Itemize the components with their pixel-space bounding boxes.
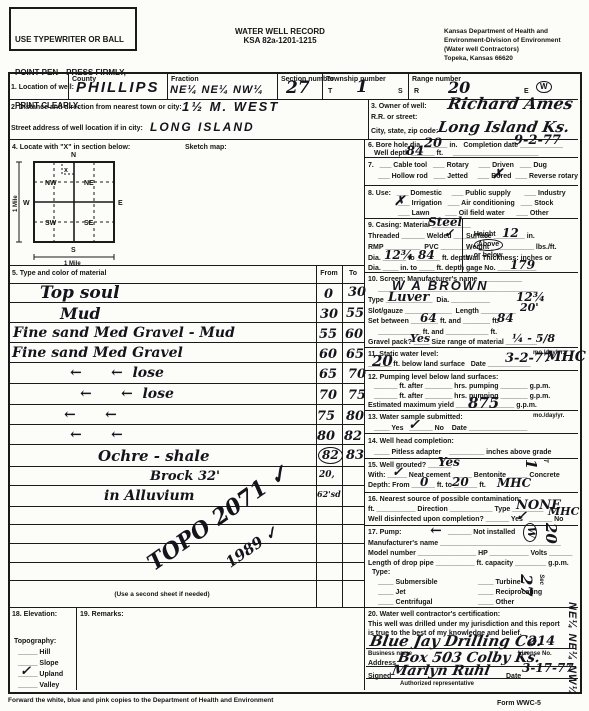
agency-line: (Water well Contractors)	[444, 45, 561, 54]
street-label: Street address of well location if in ci…	[11, 124, 143, 133]
line	[8, 404, 364, 405]
line	[8, 265, 364, 266]
q16-line1: 16. Nearest source of possible contamina…	[368, 495, 521, 504]
max-yield-value: 875	[468, 394, 499, 412]
screen-type-value: Luver	[388, 290, 429, 305]
q20-text1: This well was drilled under my jurisdict…	[368, 620, 560, 629]
grouted-value: Yes	[438, 455, 460, 469]
topography-label: Topography:	[14, 637, 56, 646]
instruction-line: USE TYPEWRITER OR BALL	[15, 34, 135, 45]
gravel-size-value: ¼ - 5/8	[512, 332, 555, 345]
township-s: S	[398, 87, 403, 96]
margin-range: 20 W	[505, 502, 578, 544]
q3-label: 3. Owner of well:	[371, 102, 427, 111]
license-value: 214	[528, 634, 555, 649]
table-row: ← ← lose	[80, 386, 174, 402]
agency-line: Kansas Department of Health and	[444, 27, 561, 36]
sketch-map-label: Sketch map:	[185, 143, 227, 152]
q20-label: 20. Water well contractor's certificatio…	[368, 610, 500, 619]
q9-line3b: Weight ___________ lbs./ft.	[466, 243, 557, 252]
q12-line3: ______ ft. after _______ hrs. pumping __…	[374, 392, 550, 401]
margin-sec-label: Sec	[538, 574, 544, 585]
line	[8, 580, 364, 581]
instruction-box: USE TYPEWRITER OR BALL POINT PEN—PRESS F…	[9, 7, 137, 51]
q17-type-label: Type:	[372, 568, 390, 577]
line	[8, 139, 578, 140]
q1-label: 1. Location of well:	[11, 83, 74, 92]
q18-label: 18. Elevation:	[12, 610, 57, 619]
static-level-value: 20	[372, 352, 393, 370]
line	[364, 433, 578, 434]
map-nw-label: NW	[45, 180, 57, 187]
table-row: Top soul	[40, 283, 120, 303]
to-value: 83	[346, 448, 364, 463]
margin-range-dir-circled: W	[523, 523, 537, 542]
map-mile-left-label: 1 Mile	[13, 195, 19, 212]
pump-other: ____ Other	[478, 598, 514, 607]
township-t: T	[328, 87, 332, 96]
margin-range-value: 20	[542, 523, 560, 544]
county-value: PHILLIPS	[76, 79, 160, 96]
line	[167, 72, 168, 99]
q9-line2: Threaded ______ Welded ______	[368, 232, 477, 241]
township-value: 1	[356, 77, 368, 97]
line	[8, 466, 364, 467]
not-installed-arrow: ←	[430, 523, 442, 539]
margin-township: T 1	[504, 438, 576, 469]
map-w-label: W	[23, 200, 30, 207]
table-footnote: (Use a second sheet if needed)	[8, 590, 316, 599]
q13-line2: ____ Yes ______ No Date _______________	[374, 424, 527, 433]
map-sw-label: SW	[45, 220, 57, 227]
q19-label: 19. Remarks:	[80, 610, 124, 619]
topo-hill: _____ Hill	[18, 648, 50, 657]
line	[364, 492, 578, 493]
set-between-to: 84	[497, 311, 514, 325]
to-value: 80	[346, 409, 364, 424]
welded-check: ✓	[444, 226, 454, 240]
to-value: 55	[346, 306, 364, 321]
line	[8, 362, 364, 363]
map-e-label: E	[118, 200, 123, 207]
q2-value: 1½ M. WEST	[182, 99, 279, 114]
authorized-rep-label: Authorized representative	[400, 680, 474, 689]
margin-t-value: 1	[522, 459, 540, 469]
to-value: 75	[348, 388, 366, 403]
line	[364, 370, 578, 371]
casing-dia-value: 12¾	[384, 248, 413, 262]
table-row: ← ←	[70, 427, 123, 443]
pump-submersible: ____ Submersible	[378, 578, 438, 587]
from-value: 75	[317, 409, 335, 424]
to-value: 82	[344, 429, 362, 444]
q7-line1: 7. ___ Cable tool ___ Rotary ___ Driven …	[368, 161, 547, 170]
static-date-value: 3-2-77	[505, 351, 552, 366]
section-map: x N S W E NW NE SW SE 1 Mile 1 Mile	[12, 146, 152, 266]
from-value-circled: 82	[318, 447, 343, 464]
q9-line2b: Surface ________ in.	[466, 232, 535, 241]
gravel-pack-value: Yes	[410, 332, 430, 345]
agency-block: Kansas Department of Health and Environm…	[444, 27, 561, 63]
form-title-line1: WATER WELL RECORD	[180, 27, 380, 36]
table-row: Fine sand Med Gravel	[12, 345, 183, 361]
q17-label: 17. Pump:	[368, 528, 401, 537]
set-between-from: 64	[420, 311, 437, 325]
footer-note: Forward the white, blue and pink copies …	[8, 696, 273, 705]
from-value: 55	[319, 327, 337, 342]
table-row: Brock 32'	[150, 469, 220, 484]
table-row: Fine sand Med Gravel - Mud	[13, 325, 235, 341]
form-title: WATER WELL RECORD KSA 82a-1201-1215	[180, 27, 380, 45]
line	[364, 347, 578, 348]
form-number: Form WWC-5	[497, 699, 541, 708]
reverse-rotary-check: ✗	[492, 167, 503, 182]
to-value: 30	[348, 285, 366, 300]
table-row: Mud	[60, 304, 101, 323]
from-value: 0	[324, 287, 333, 302]
q10-line4: Slot/gauze ____________ Length _________	[368, 307, 516, 316]
table-row: Ochre - shale	[98, 447, 210, 465]
line	[8, 424, 364, 425]
range-r: R	[414, 87, 419, 96]
agency-line: Topeka, Kansas 66620	[444, 54, 561, 63]
signed-label: Signed	[368, 672, 391, 681]
line	[277, 72, 278, 99]
line	[8, 444, 364, 445]
line	[8, 383, 364, 384]
q6-line2: Well depth ______ ft. __________________…	[374, 149, 539, 158]
to-header: To	[342, 269, 364, 278]
form-title-line2: KSA 82a-1201-1215	[180, 36, 380, 45]
well-x-mark: x	[64, 167, 68, 174]
from-value: 20,	[319, 470, 335, 480]
line	[364, 218, 578, 219]
q12-line2: ______ ft. after _______ hrs. pumping __…	[374, 382, 550, 391]
range-w-circled: W	[536, 81, 552, 93]
grout-initials: MHC	[497, 476, 531, 490]
q14-line1: 14. Well head completion:	[368, 437, 454, 446]
q10-line6: ___________ ft. and ___________ ft.	[378, 328, 497, 337]
line	[364, 185, 578, 186]
screen-length-value: 20'	[520, 301, 539, 314]
q8-line3: ___ Lawn ___ Oil field water ___ Other	[398, 209, 549, 218]
grout-from-value: 0	[420, 475, 428, 489]
topo-upland-check: ✓	[20, 664, 31, 679]
line	[8, 485, 364, 486]
line	[364, 607, 578, 608]
q13-mo-label: mo./day/yr.	[533, 412, 564, 421]
section-value: 27	[286, 78, 310, 98]
table-row: in Alluvium	[104, 488, 195, 504]
from-value: 30	[320, 307, 338, 322]
map-s-label: S	[71, 247, 76, 254]
line	[8, 607, 364, 608]
from-value: 65	[319, 367, 337, 382]
irrigation-check: ✗	[394, 194, 405, 209]
from-value: 80	[317, 429, 335, 444]
static-initials: MHC	[546, 349, 586, 365]
q9-line4b: Wall Thickness: inches or	[466, 254, 552, 263]
q2-label: 2. Distance and direction from nearest t…	[11, 103, 182, 112]
margin-t-label: T	[542, 459, 548, 463]
line	[8, 562, 364, 563]
line	[8, 342, 364, 343]
rr-label: R.R. or street:	[371, 113, 417, 122]
topo-valley: _____ Valley	[18, 681, 59, 690]
line	[342, 265, 343, 607]
from-value: 70	[319, 388, 337, 403]
date-label: Date	[506, 672, 521, 681]
line	[366, 678, 578, 679]
sample-no-check: ✓	[408, 417, 420, 433]
q12-line4: Estimated maximum yield _______________ …	[368, 401, 537, 410]
signature-value: Marlyn Ruhl	[391, 663, 492, 679]
neat-cement-check: ✓	[392, 465, 403, 480]
table-row: ← ←	[64, 407, 117, 423]
map-ne-label: NE	[84, 180, 94, 187]
street-value: LONG ISLAND	[150, 120, 255, 134]
owner-value: Richard Ames	[446, 94, 574, 113]
well-depth-value: 84	[406, 144, 424, 159]
surface-value: 12	[502, 226, 519, 240]
city-label: City, state, zip code:	[371, 127, 438, 136]
line	[368, 99, 369, 139]
q12-line1: 12. Pumping level below land surfaces:	[368, 373, 498, 382]
q9-line5: Dia. ____ in. to ____ ft. depth	[368, 264, 464, 273]
fraction-label: Fraction	[171, 75, 199, 84]
map-n-label: N	[71, 152, 76, 159]
margin-sec-value: 27	[517, 574, 536, 596]
pump-centrifugal: ____ Centrifugal	[378, 598, 432, 607]
margin-section: Sec 27	[498, 552, 574, 597]
agency-line: Environment-Division of Environment	[444, 36, 561, 45]
pump-jet: ____ Jet	[378, 588, 406, 597]
table-row: ← ← lose	[70, 365, 164, 381]
from-header: From	[316, 269, 342, 278]
fraction-value: NE¼ NE¼ NW¼	[170, 84, 264, 96]
to-value: 65	[346, 347, 364, 362]
line	[8, 506, 364, 507]
q7-line2: ___ Hollow rod ___ Jetted ___ Bored ___ …	[378, 172, 578, 181]
q8-line2: ___ Irrigation ___ Air conditioning ___ …	[398, 199, 553, 208]
q5-label: 5. Type and color of material	[12, 269, 106, 278]
from-value: 60	[319, 347, 337, 362]
line	[76, 607, 77, 690]
water-well-record-form: USE TYPEWRITER OR BALL POINT PEN—PRESS F…	[0, 0, 589, 711]
gage-value: 179	[510, 258, 535, 272]
grout-to-value: 20	[452, 475, 469, 489]
line	[408, 72, 409, 99]
from-value: 62'sd	[317, 489, 341, 499]
map-se-label: SE	[84, 220, 94, 227]
line	[366, 648, 576, 649]
to-value: 60	[345, 327, 363, 342]
completion-date-value: 9-2-77	[514, 133, 561, 148]
casing-depth-value: 84	[418, 248, 435, 262]
margin-quarters: NE¼ NE¼ NW¼	[566, 602, 578, 696]
